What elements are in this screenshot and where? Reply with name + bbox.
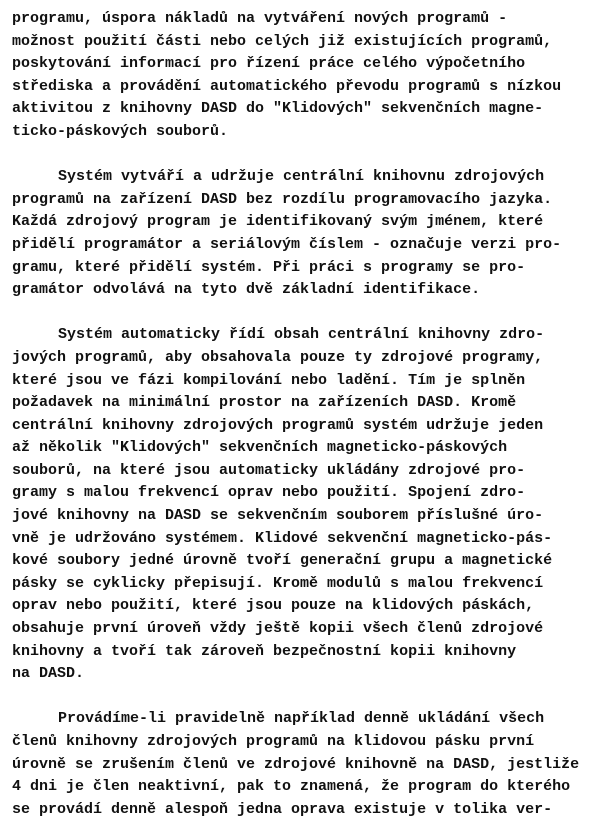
text-line: požadavek na minimální prostor na zaříze… <box>12 392 598 415</box>
text-line: možnost použití části nebo celých již ex… <box>12 31 598 54</box>
paragraph-3: Systém automaticky řídí obsah centrální … <box>12 324 598 686</box>
text-line: gramu, které přidělí systém. Při práci s… <box>12 257 598 280</box>
text-line: pásky se cyklicky přepisují. Kromě modul… <box>12 573 598 596</box>
text-line: přidělí programátor a seriálovým číslem … <box>12 234 598 257</box>
text-line: jových programů, aby obsahovala pouze ty… <box>12 347 598 370</box>
text-line: vně je udržováno systémem. Klidové sekve… <box>12 528 598 551</box>
paragraph-1: programu, úspora nákladů na vytváření no… <box>12 8 598 144</box>
text-line: gramy s malou frekvencí oprav nebo použi… <box>12 482 598 505</box>
text-line: knihovny a tvoří tak zároveň bezpečnostn… <box>12 641 598 664</box>
text-line: Systém automaticky řídí obsah centrální … <box>12 324 598 347</box>
text-line: střediska a provádění automatického přev… <box>12 76 598 99</box>
text-line: souborů, na které jsou automaticky uklád… <box>12 460 598 483</box>
text-line: ticko-páskových souborů. <box>12 121 598 144</box>
text-line: až několik "Klidových" sekvenčních magne… <box>12 437 598 460</box>
paragraph-4: Provádíme-li pravidelně například denně … <box>12 708 598 821</box>
text-line: se provádí denně alespoň jedna oprava ex… <box>12 799 598 822</box>
text-line: úrovně se zrušením členů ve zdrojové kni… <box>12 754 598 777</box>
paragraph-2: Systém vytváří a udržuje centrální kniho… <box>12 166 598 302</box>
text-line: oprav nebo použití, které jsou pouze na … <box>12 595 598 618</box>
text-line: Provádíme-li pravidelně například denně … <box>12 708 598 731</box>
text-line: Každá zdrojový program je identifikovaný… <box>12 211 598 234</box>
document-page: programu, úspora nákladů na vytváření no… <box>12 8 598 837</box>
text-line: poskytování informací pro řízení práce c… <box>12 53 598 76</box>
text-line: Systém vytváří a udržuje centrální kniho… <box>12 166 598 189</box>
text-line: členů knihovny zdrojových programů na kl… <box>12 731 598 754</box>
text-line: centrální knihovny zdrojových programů s… <box>12 415 598 438</box>
text-line: programů na zařízení DASD bez rozdílu pr… <box>12 189 598 212</box>
text-line: jové knihovny na DASD se sekvenčním soub… <box>12 505 598 528</box>
text-line: aktivitou z knihovny DASD do "Klidových"… <box>12 98 598 121</box>
text-line: 4 dni je člen neaktivní, pak to znamená,… <box>12 776 598 799</box>
text-line: které jsou ve fázi kompilování nebo ladě… <box>12 370 598 393</box>
text-line: na DASD. <box>12 663 598 686</box>
text-line: gramátor odvolává na tyto dvě základní i… <box>12 279 598 302</box>
text-line: obsahuje první úroveň vždy ještě kopii v… <box>12 618 598 641</box>
text-line: programu, úspora nákladů na vytváření no… <box>12 8 598 31</box>
text-line: kové soubory jedné úrovně tvoří generačn… <box>12 550 598 573</box>
